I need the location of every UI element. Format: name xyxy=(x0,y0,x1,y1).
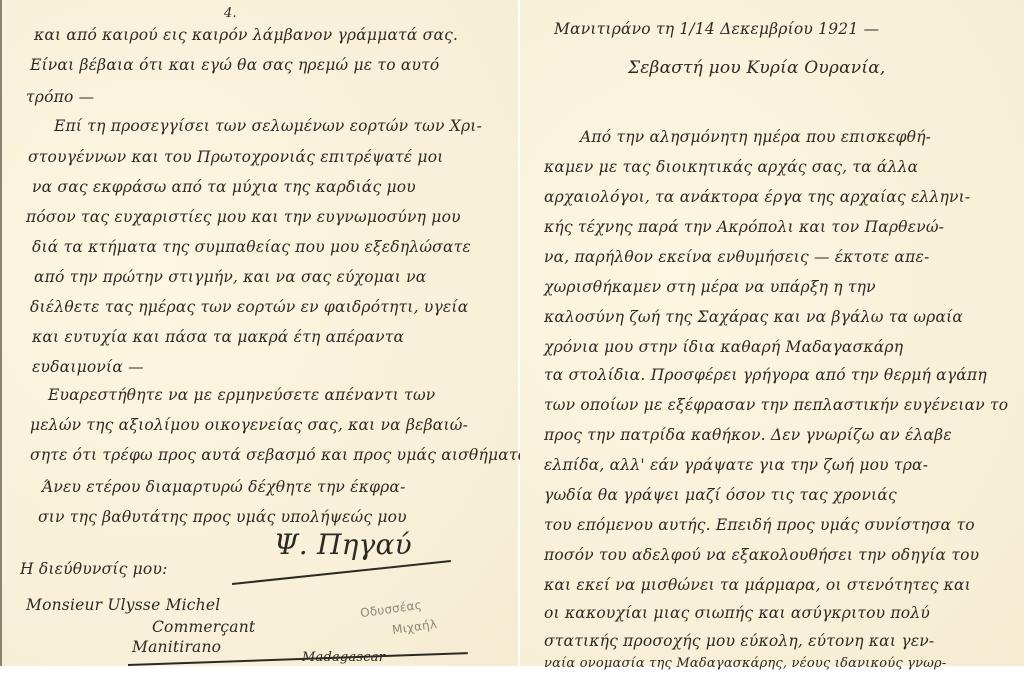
letter-line: του επόμενου αυτής. Επειδή προς υμάς συν… xyxy=(544,516,975,534)
pencil-note: Οδυσσέας xyxy=(359,598,422,620)
letter-line: πόσον τας ευχαριστίες μου και την ευγνωμ… xyxy=(26,208,461,226)
letter-line: στουγέννων και του Πρωτοχρονιάς επιτρέψα… xyxy=(28,148,444,166)
salutation: Σεβαστή μου Κυρία Ουρανία, xyxy=(628,58,885,78)
letter-line: οι κακουχίαι μιας σιωπής και ασύγκριτου … xyxy=(544,604,930,622)
letter-line: διά τα κτήματα της συμπαθείας που μου εξ… xyxy=(32,238,471,256)
page-number: 4. xyxy=(224,6,237,21)
letter-line: από την πρώτην στιγμήν, και να σας εύχομ… xyxy=(34,268,426,286)
letter-line: Επί τη προσεγγίσει των σελωμένων εορτών … xyxy=(54,117,482,135)
address-line: Commerçant xyxy=(152,618,255,636)
letter-line: να, παρήλθον εκείνα ενθυμήσεις — έκτοτε … xyxy=(544,248,929,266)
pencil-note: Μιχαήλ xyxy=(391,617,438,637)
letter-line: ποσόν του αδελφού να εξακολουθήσει την ο… xyxy=(544,546,979,564)
letter-line: ναία ονομασία της Μαδαγασκάρης, νέους ιδ… xyxy=(544,656,946,671)
letter-page-left: 4. και από καιρού εις καιρόν λάμβανον γρ… xyxy=(0,0,518,666)
letter-line: διέλθετε τας ημέρας των εορτών εν φαιδρό… xyxy=(30,298,468,316)
letter-line: ελπίδα, αλλ' εάν γράψατε για την ζωή μου… xyxy=(544,456,928,474)
letter-line: και ευτυχία και πάσα τα μακρά έτη απέραν… xyxy=(32,328,404,346)
letter-line: κής τέχνης παρά την Ακρόπολι και τον Παρ… xyxy=(544,218,944,236)
letter-line: να σας εκφράσω από τα μύχια της καρδιάς … xyxy=(32,178,416,196)
letter-line: καμεν με τας διοικητικάς αρχάς σας, τα ά… xyxy=(544,158,918,176)
letter-line: και από καιρού εις καιρόν λάμβανον γράμμ… xyxy=(34,26,458,44)
letter-line: Ευαρεστήθητε να με ερμηνεύσετε απέναντι … xyxy=(48,386,435,404)
signature-underline xyxy=(232,560,451,584)
letter-line: Άνευ ετέρου διαμαρτυρώ δέχθητε την έκφρα… xyxy=(42,478,406,496)
letter-line: Είναι βέβαια ότι και εγώ θα σας ηρεμώ με… xyxy=(30,56,439,74)
letter-line: γωδία θα γράψει μαζί όσον τις τας χρονιά… xyxy=(544,486,897,504)
address-line: Manitirano xyxy=(132,638,221,656)
letter-line: και εκεί να μισθώνει τα μάρμαρα, οι στεν… xyxy=(544,576,971,594)
letter-line: τρόπο — xyxy=(26,88,94,106)
letter-line: χρόνια μου στην ίδια καθαρή Μαδαγασκάρη xyxy=(544,338,903,356)
letter-line: Από την αλησμόνητη ημέρα που επισκεφθή- xyxy=(580,128,931,146)
letter-line: καλοσύνη ζωή της Σαχάρας και να βγάλω τα… xyxy=(544,308,963,326)
letter-line: αρχαιολόγοι, τα ανάκτορα έργα της αρχαία… xyxy=(544,188,970,206)
letter-line: ευδαιμονία — xyxy=(32,358,144,376)
address-label: Η διεύθυνσίς μου: xyxy=(20,560,168,578)
letter-line: σητε ότι τρέφω προς αυτά σεβασμό και προ… xyxy=(30,446,528,464)
letter-line: προς την πατρίδα καθήκον. Δεν γνωρίζω αν… xyxy=(544,426,952,444)
address-line: Monsieur Ulysse Michel xyxy=(26,596,220,614)
address-line: Madagascar xyxy=(302,650,385,665)
letter-line: στατικής προσοχής μου εύκολη, εύτονη και… xyxy=(544,632,934,650)
letter-line: των οποίων με εξέφρασαν την πεπλαστικήν … xyxy=(544,396,1008,414)
letter-line: σιν της βαθυτάτης προς υμάς υπολήψεώς μο… xyxy=(38,508,407,526)
letter-line: μελών της αξιολίμου οικογενείας σας, και… xyxy=(30,416,468,434)
letter-line: τα στολίδια. Προσφέρει γρήγορα από την θ… xyxy=(544,366,987,384)
letter-line: χωρισθήκαμεν στη μέρα να υπάρξη η την xyxy=(544,278,876,296)
signature: Ψ. Πηγαύ xyxy=(274,528,412,561)
date-line: Μανιτιράνο τη 1/14 Δεκεμβρίου 1921 — xyxy=(554,20,879,38)
letter-page-right: Μανιτιράνο τη 1/14 Δεκεμβρίου 1921 — Σεβ… xyxy=(520,0,1024,666)
